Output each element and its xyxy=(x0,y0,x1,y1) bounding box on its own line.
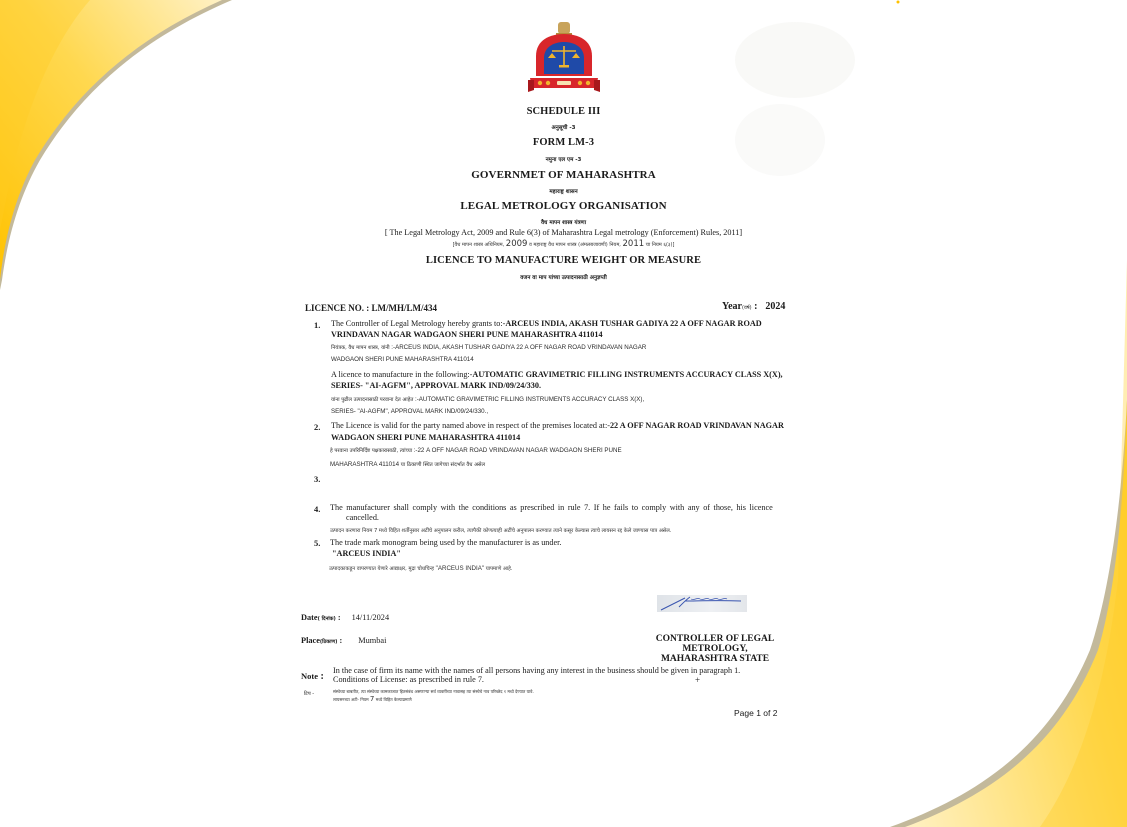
item-1-grant-line2: VRINDAVAN NAGAR WADGAON SHERI PUNE MAHAR… xyxy=(331,330,603,339)
year-colon: : xyxy=(752,301,758,312)
item-5-devanagari: उत्पादकाकडून वापरण्यात येणारे आद्याक्षर,… xyxy=(329,564,513,572)
item-2-deva-pin: MAHARASHTRA 411014 xyxy=(330,461,401,468)
item-1-deva-address1: :-ARCEUS INDIA, AKASH TUSHAR GADIYA 22 A… xyxy=(391,344,646,351)
item-2-devanagari-line2: MAHARASHTRA 411014 या ठिकाणी स्थित जागेच… xyxy=(330,460,485,468)
year-label: Year xyxy=(722,301,742,312)
controller-designation: CONTROLLER OF LEGAL METROLOGY, MAHARASHT… xyxy=(650,634,780,664)
place-field: Place(ठिकाण) :Mumbai xyxy=(301,636,386,645)
act-deva-part-c: चा नियम ६(३)] xyxy=(644,242,674,248)
item-4-number: 4. xyxy=(314,504,320,514)
licence-title-devanagari: वजन वा माप यांच्या उत्पादनासाठी अनुज्ञप्… xyxy=(0,273,1127,281)
year-value: 2024 xyxy=(765,301,785,312)
note-text: In the case of firm its name with the na… xyxy=(333,667,740,684)
item-5-deva-part-a: उत्पादकाकडून वापरण्यात येणारे आद्याक्षर,… xyxy=(329,566,436,572)
tip-label: टिप - xyxy=(304,691,314,697)
schedule-heading: SCHEDULE III xyxy=(0,106,1127,117)
form-heading: FORM LM-3 xyxy=(0,137,1127,148)
note-line2: Conditions of License: as prescribed in … xyxy=(333,676,740,685)
plus-mark: + xyxy=(695,675,700,685)
item-1-product-line2: SERIES- "AI-AGFM", APPROVAL MARK IND/09/… xyxy=(331,381,541,390)
item-5-deva-part-b: यापमाणे आहे. xyxy=(484,566,513,572)
item-1-product-name: AUTOMATIC GRAVIMETRIC FILLING INSTRUMENT… xyxy=(472,370,782,379)
item-1-product-devanagari-line2: SERIES- "AI-AGFM", APPROVAL MARK IND/09/… xyxy=(331,408,488,415)
item-1-product-deva-text: :-AUTOMATIC GRAVIMETRIC FILLING INSTRUME… xyxy=(415,396,644,403)
licence-title: LICENCE TO MANUFACTURE WEIGHT OR MEASURE xyxy=(0,255,1127,266)
item-2-premises-line1: 22 A OFF NAGAR ROAD VRINDAVAN NAGAR xyxy=(610,421,784,430)
date-value: 14/11/2024 xyxy=(352,613,390,622)
item-5-number: 5. xyxy=(314,538,320,548)
item-1-grant-line1: The Controller of Legal Metrology hereby… xyxy=(331,319,762,328)
item-1-product-series: SERIES- "AI-AGFM", APPROVAL MARK IND/09/… xyxy=(331,381,541,390)
government-heading-devanagari: महाराष्ट्र शासन xyxy=(0,187,1127,195)
act-deva-year-2011: 2011 xyxy=(623,239,645,249)
item-1-devanagari-line2: WADGAON SHERI PUNE MAHARASHTRA 411014 xyxy=(331,356,474,363)
item-2-deva-prefix: हे परवाना उपरिनिर्दिष्ट पक्षकारासाठी, त्… xyxy=(330,448,414,454)
note-label-text: Note xyxy=(301,671,318,681)
schedule-heading-devanagari: अनुसूची -3 xyxy=(0,123,1127,131)
item-2-line2: WADGAON SHERI PUNE MAHARASHTRA 411014 xyxy=(331,433,520,442)
licence-document-page: SCHEDULE III अनुसूची -3 FORM LM-3 नमुना … xyxy=(0,0,1127,827)
place-colon: : xyxy=(337,636,342,645)
note-label: Note : xyxy=(301,671,324,682)
item-2-line1: The Licence is valid for the party named… xyxy=(331,421,784,430)
tip-line2-part-b: मध्ये विहित केल्याप्रमाणे xyxy=(374,697,411,702)
controller-line1: CONTROLLER OF LEGAL xyxy=(650,634,780,644)
legal-metrology-emblem-icon xyxy=(528,20,600,96)
item-1-product-devanagari-line1: यांना पुढील उत्पादनासाठी परवाना देत आहेत… xyxy=(331,395,644,403)
date-label: Date xyxy=(301,613,318,622)
organisation-heading: LEGAL METROLOGY ORGANISATION xyxy=(0,200,1127,212)
item-1-deva-prefix: नियंत्रक, वैध मापन शास्त्र, यांनी xyxy=(331,345,391,351)
form-heading-devanagari: नमुना एल एम -3 xyxy=(0,155,1127,163)
item-4-line2: cancelled. xyxy=(346,513,379,522)
government-heading: GOVERNMET OF MAHARASHTRA xyxy=(0,169,1127,181)
signature-image xyxy=(657,595,747,612)
item-1-product-line1: A licence to manufacture in the followin… xyxy=(331,370,783,379)
tip-line2-part-a: लायसनच्या अटी- नियम xyxy=(333,697,370,702)
date-field: Date( दिनांक) :14/11/2024 xyxy=(301,613,389,622)
tip-text: संस्थेच्या बाबतीत, त्या संस्थेच्या कामका… xyxy=(333,689,534,703)
item-2-number: 2. xyxy=(314,422,320,432)
act-deva-part-b: व महाराष्ट्र वैध मापन शास्त्र (अंमलबजावण… xyxy=(527,242,622,248)
item-5-deva-mark: "ARCEUS INDIA" xyxy=(436,565,484,572)
place-label: Place xyxy=(301,636,320,645)
tip-line2: लायसनच्या अटी- नियम 7 मध्ये विहित केल्या… xyxy=(333,696,534,704)
item-1-product-deva-prefix: यांना पुढील उत्पादनासाठी परवाना देत आहेत xyxy=(331,397,415,403)
item-1-devanagari-line1: नियंत्रक, वैध मापन शास्त्र, यांनी :-ARCE… xyxy=(331,343,646,351)
item-4-devanagari: उत्पादन करणारा नियम 7 मध्ये विहित शर्तीन… xyxy=(330,526,671,534)
date-label-devanagari: ( दिनांक) xyxy=(318,616,336,622)
page-number: Page 1 of 2 xyxy=(734,708,777,718)
place-label-devanagari: (ठिकाण) xyxy=(320,639,338,645)
organisation-heading-devanagari: वैध मापन शास्त्र यंत्रणा xyxy=(0,218,1127,226)
controller-line3: MAHARASHTRA STATE xyxy=(650,654,780,664)
item-1-grantee-line1: ARCEUS INDIA, AKASH TUSHAR GADIYA 22 A O… xyxy=(505,319,761,328)
item-5-text: The trade mark monogram being used by th… xyxy=(330,538,561,547)
place-value: Mumbai xyxy=(358,636,386,645)
date-colon: : xyxy=(336,613,341,622)
act-reference: [ The Legal Metrology Act, 2009 and Rule… xyxy=(0,228,1127,237)
licence-number: LICENCE NO. : LM/MH/LM/434 xyxy=(305,303,437,313)
year-label-devanagari: (वर्ष) xyxy=(742,305,752,311)
signature-icon xyxy=(657,595,747,612)
act-deva-part-a: [वैध मापन शास्त्र अधिनियम, xyxy=(453,242,506,248)
item-2-deva-suffix: या ठिकाणी स्थित जागेच्या संदर्भात वैध अस… xyxy=(401,462,485,468)
item-1-intro: The Controller of Legal Metrology hereby… xyxy=(331,319,505,328)
item-2-premises-line2: WADGAON SHERI PUNE MAHARASHTRA 411014 xyxy=(331,433,520,442)
item-5-trademark: "ARCEUS INDIA" xyxy=(332,549,401,558)
tip-line1: संस्थेच्या बाबतीत, त्या संस्थेच्या कामका… xyxy=(333,689,534,696)
act-deva-year-2009: 2009 xyxy=(506,239,528,249)
item-4-line1: The manufacturer shall comply with the c… xyxy=(330,503,773,512)
item-2-devanagari-line1: हे परवाना उपरिनिर्दिष्ट पक्षकारासाठी, त्… xyxy=(330,446,622,454)
controller-line2: METROLOGY, xyxy=(650,644,780,654)
note-colon: : xyxy=(318,671,324,682)
licence-year: Year(वर्ष) :2024 xyxy=(722,301,785,312)
item-1-licence-intro: A licence to manufacture in the followin… xyxy=(331,370,472,379)
act-reference-devanagari: [वैध मापन शास्त्र अधिनियम, 2009 व महाराष… xyxy=(0,239,1127,249)
item-2-intro: The Licence is valid for the party named… xyxy=(331,421,610,430)
item-2-deva-address: :-22 A OFF NAGAR ROAD VRINDAVAN NAGAR WA… xyxy=(414,447,622,454)
item-1-grantee-line2: VRINDAVAN NAGAR WADGAON SHERI PUNE MAHAR… xyxy=(331,330,603,339)
item-3-number: 3. xyxy=(314,474,320,484)
item-1-number: 1. xyxy=(314,320,320,330)
